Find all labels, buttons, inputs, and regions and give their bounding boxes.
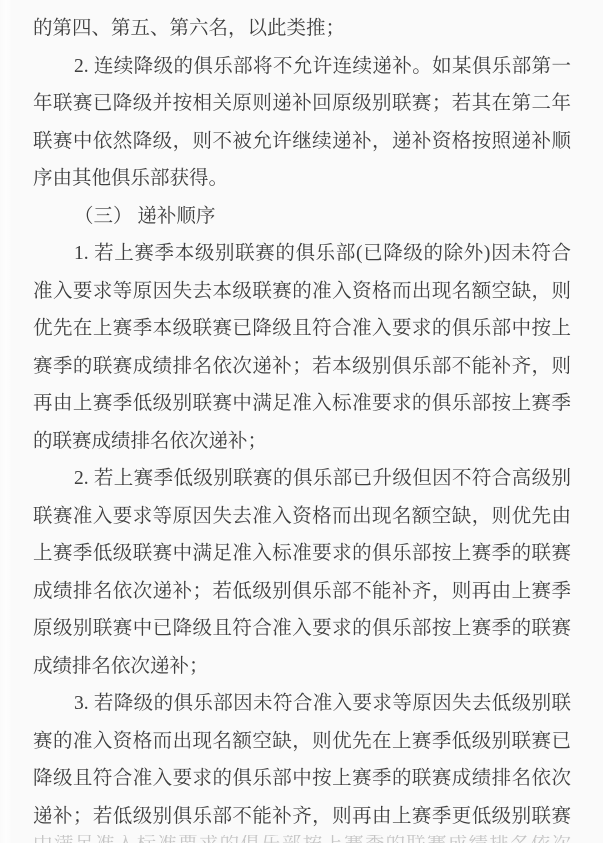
text-line: 的第四、第五、第六名，以此类推； (33, 10, 571, 48)
text-line: 3. 若降级的俱乐部因未符合准入要求等原因失去低级别联 (33, 685, 571, 723)
text-line: 递补；若低级别俱乐部不能补齐，则再由上赛季更低级别联赛 (33, 798, 571, 836)
text-line: 上赛季低级联赛中满足准入标准要求的俱乐部按上赛季的联赛 (33, 535, 571, 573)
text-line: 再由上赛季低级别联赛中满足准入标准要求的俱乐部按上赛季 (33, 385, 571, 423)
text-line: 序由其他俱乐部获得。 (33, 160, 571, 198)
text-line: 联赛准入要求等原因失去准入资格而出现名额空缺，则优先由 (33, 498, 571, 536)
text-line: 赛的准入资格而出现名额空缺，则优先在上赛季低级别联赛已 (33, 723, 571, 761)
text-line: 成绩排名依次递补； (33, 648, 571, 686)
text-line: 的联赛成绩排名依次递补； (33, 423, 571, 461)
text-line: 原级别联赛中已降级且符合准入要求的俱乐部按上赛季的联赛 (33, 610, 571, 648)
text-line: 准入要求等原因失去本级联赛的准入资格而出现名额空缺，则 (33, 273, 571, 311)
text-line: 降级且符合准入要求的俱乐部中按上赛季的联赛成绩排名依次 (33, 760, 571, 798)
clipped-bottom-line: 中满足准入标准要求的俱乐部按上赛季的联赛成绩排名依次 (33, 835, 571, 843)
text-line: 成绩排名依次递补；若低级别俱乐部不能补齐，则再由上赛季 (33, 573, 571, 611)
section-heading: （三） 递补顺序 (33, 198, 571, 236)
text-block: 的第四、第五、第六名，以此类推；2. 连续降级的俱乐部将不允许连续递补。如某俱乐… (33, 10, 571, 835)
text-line: 优先在上赛季本级联赛已降级且符合准入要求的俱乐部中按上 (33, 310, 571, 348)
document-page: 的第四、第五、第六名，以此类推；2. 连续降级的俱乐部将不允许连续递补。如某俱乐… (0, 0, 603, 843)
text-line: 2. 连续降级的俱乐部将不允许连续递补。如某俱乐部第一 (33, 48, 571, 86)
text-line: 联赛中依然降级，则不被允许继续递补，递补资格按照递补顺 (33, 123, 571, 161)
text-line: 年联赛已降级并按相关原则递补回原级别联赛；若其在第二年 (33, 85, 571, 123)
text-line: 赛季的联赛成绩排名依次递补；若本级别俱乐部不能补齐，则 (33, 348, 571, 386)
text-line: 2. 若上赛季低级别联赛的俱乐部已升级但因不符合高级别 (33, 460, 571, 498)
text-line: 1. 若上赛季本级别联赛的俱乐部(已降级的除外)因未符合 (33, 235, 571, 273)
